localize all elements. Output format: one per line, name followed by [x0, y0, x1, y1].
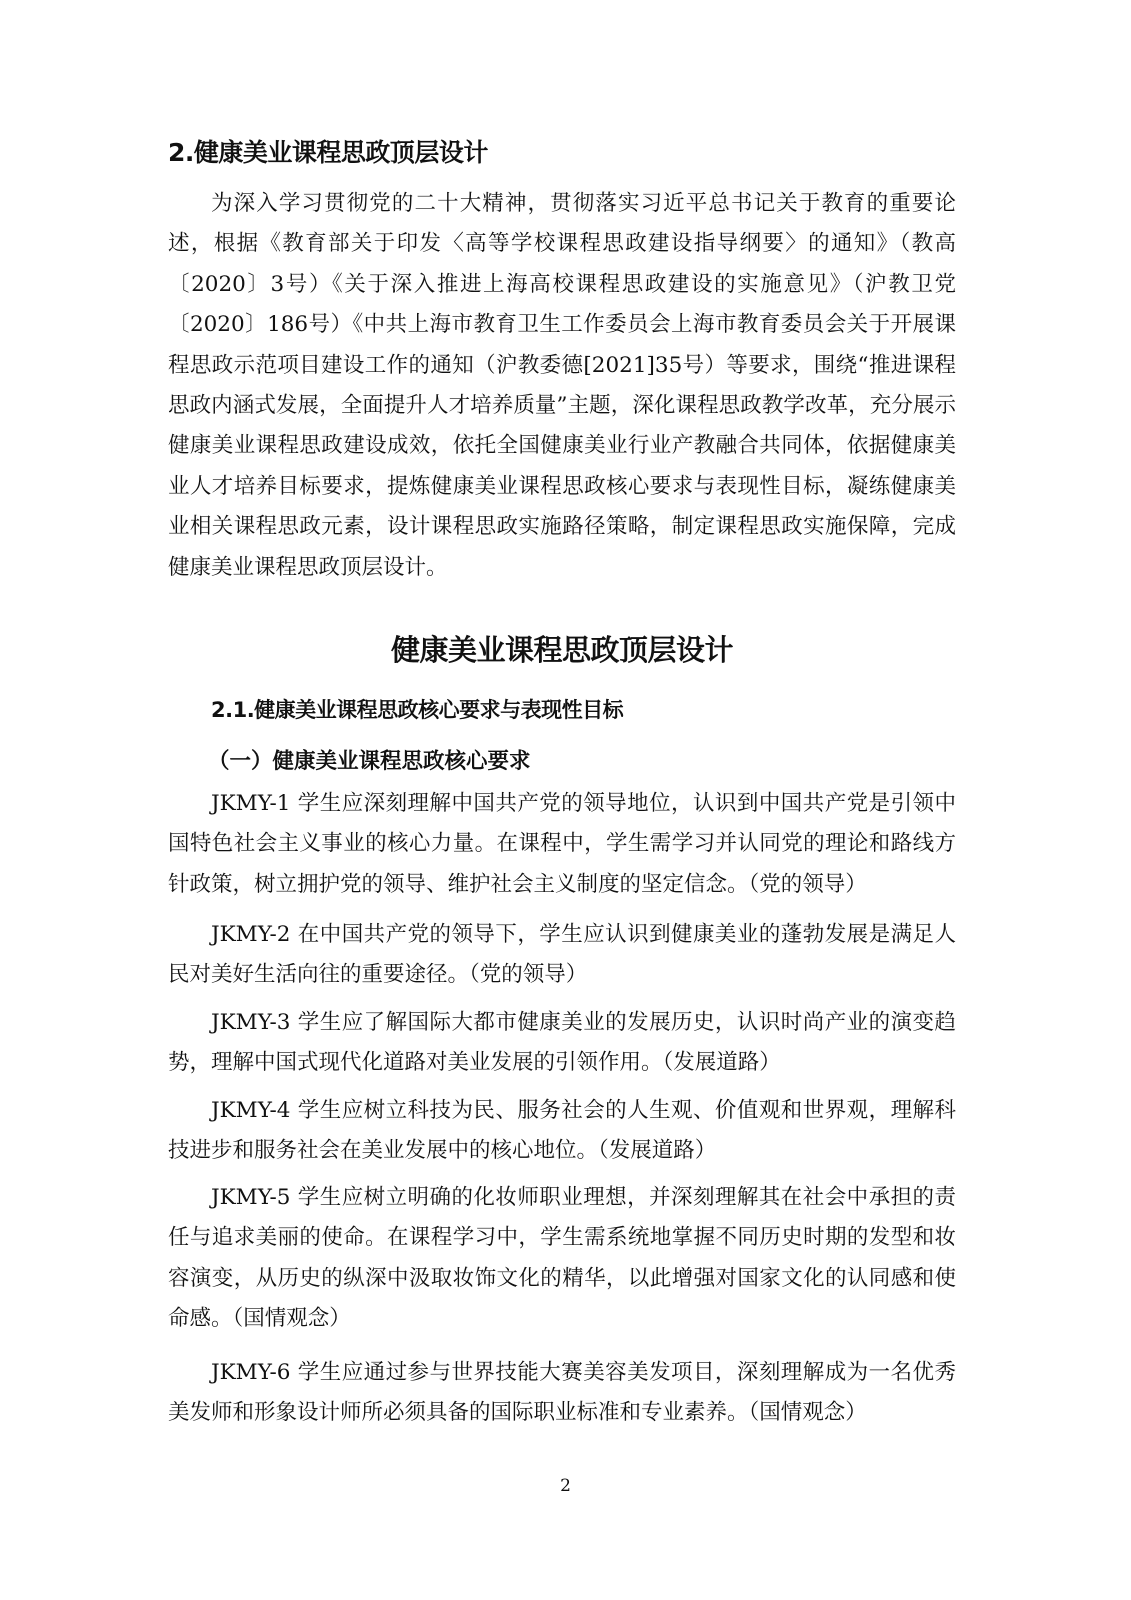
section-heading: 2.健康美业课程思政顶层设计 [168, 133, 488, 169]
requirement-code: JKMY-2 [211, 922, 290, 947]
subsection-heading: 2.1.健康美业课程思政核心要求与表现性目标 [211, 694, 623, 724]
center-title: 健康美业课程思政顶层设计 [168, 628, 956, 669]
requirement-item: JKMY-4 学生应树立科技为民、服务社会的人生观、价值观和世界观，理解科技进步… [168, 1091, 956, 1172]
requirement-item: JKMY-1 学生应深刻理解中国共产党的领导地位，认识到中国共产党是引领中国特色… [168, 784, 956, 905]
requirement-item: JKMY-3 学生应了解国际大都市健康美业的发展历史，认识时尚产业的演变趋势，理… [168, 1003, 956, 1084]
requirement-code: JKMY-5 [211, 1185, 290, 1210]
intro-paragraph: 为深入学习贯彻党的二十大精神，贯彻落实习近平总书记关于教育的重要论述，根据《教育… [168, 184, 956, 588]
requirement-code: JKMY-1 [211, 791, 290, 816]
page-number: 2 [0, 1476, 1131, 1496]
requirement-code: JKMY-4 [211, 1098, 290, 1123]
requirement-code: JKMY-6 [211, 1360, 290, 1385]
requirement-code: JKMY-3 [211, 1010, 290, 1035]
requirement-item: JKMY-6 学生应通过参与世界技能大赛美容美发项目，深刻理解成为一名优秀美发师… [168, 1353, 956, 1434]
requirement-item: JKMY-2 在中国共产党的领导下，学生应认识到健康美业的蓬勃发展是满足人民对美… [168, 915, 956, 996]
requirement-item: JKMY-5 学生应树立明确的化妆师职业理想，并深刻理解其在社会中承担的责任与追… [168, 1178, 956, 1340]
part-heading: （一）健康美业课程思政核心要求 [208, 744, 531, 775]
